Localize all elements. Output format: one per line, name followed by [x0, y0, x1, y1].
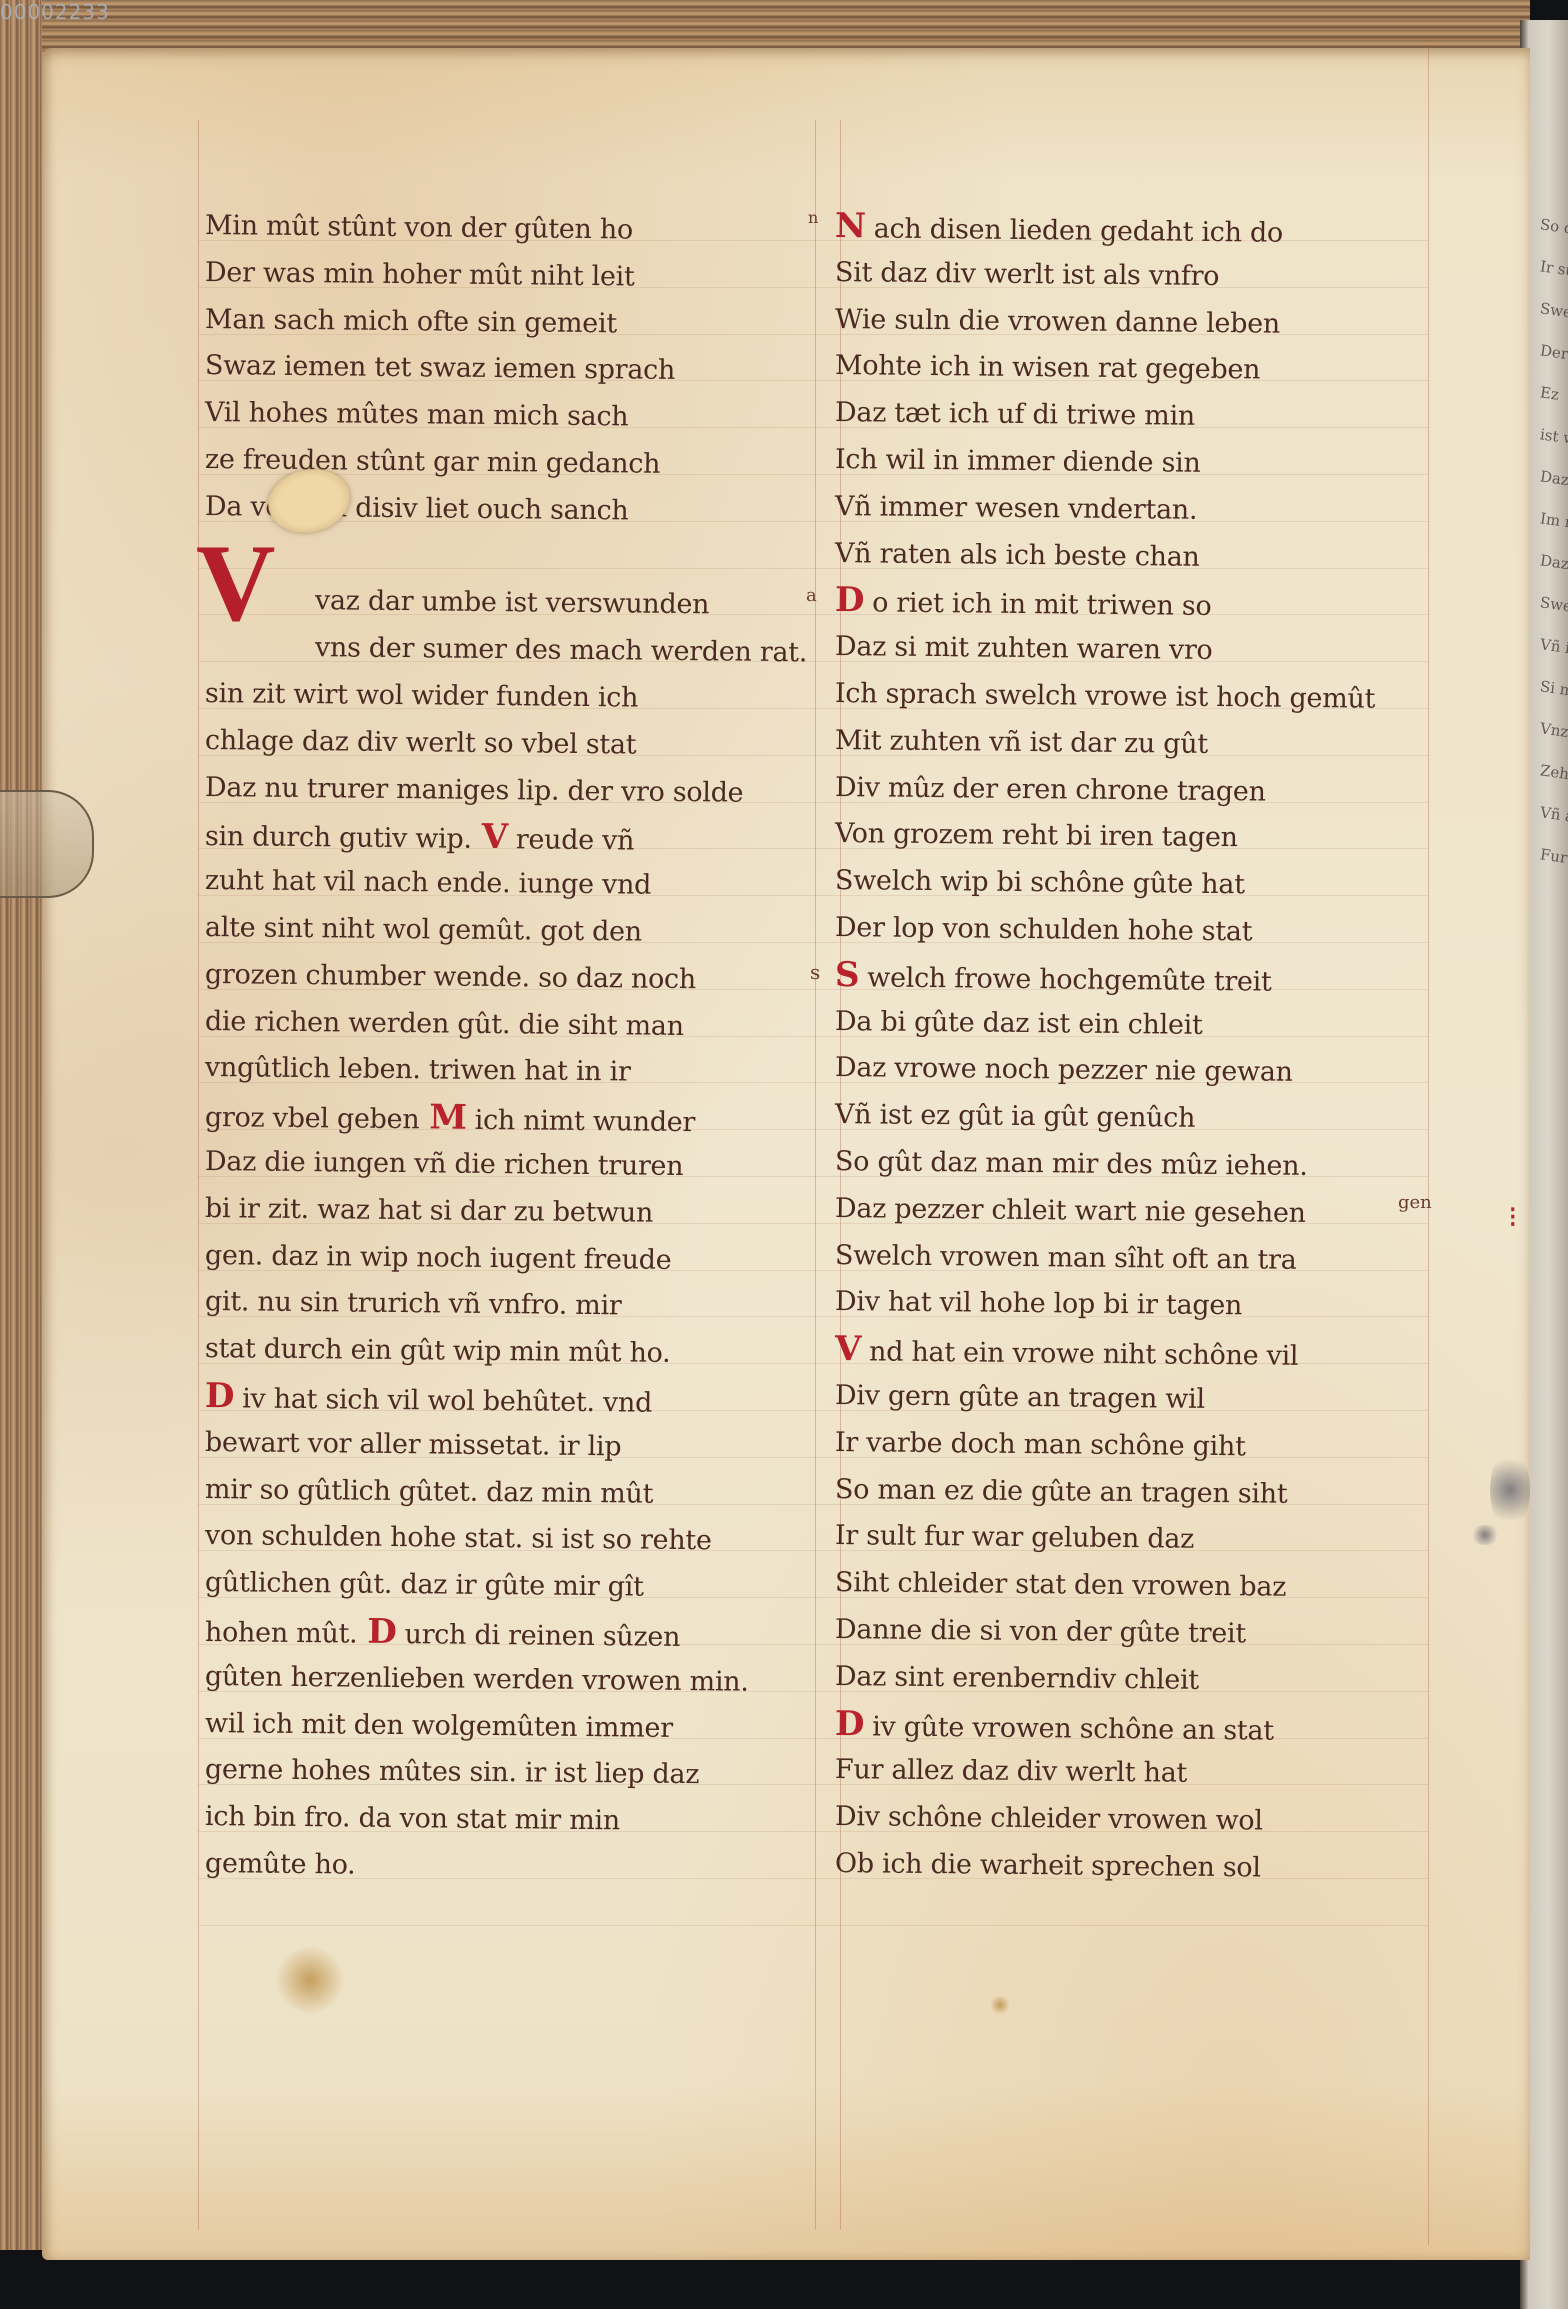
- line-text: welch frowe hochgemûte treit: [867, 962, 1272, 997]
- line-text: Div schône chleider vrowen wol: [835, 1801, 1263, 1836]
- line-text: sin durch gutiv wip.: [205, 821, 472, 855]
- text-line: gûtlichen gût. daz ir gûte mir gît: [205, 1560, 825, 1613]
- line-text: Danne die si von der gûte treit: [835, 1614, 1246, 1649]
- line-text: Man sach mich ofte sin gemeit: [205, 304, 617, 339]
- margin-mark-a: a: [806, 585, 817, 606]
- text-line: Vil hohes mûtes man mich sach: [205, 390, 825, 443]
- line-text: gen. daz in wip noch iugent freude: [205, 1240, 672, 1276]
- line-text: Daz tæt ich uf di triwe min: [835, 397, 1195, 432]
- red-initial: D: [367, 1612, 397, 1652]
- line-text: Da bi gûte daz ist ein chleit: [835, 1006, 1203, 1041]
- line-text: bi ir zit. waz hat si dar zu betwun: [205, 1193, 653, 1229]
- margin-mark-gen: gen: [1398, 1192, 1432, 1213]
- stain: [990, 1995, 1010, 2015]
- text-line: Der lop von schulden hohe stat: [835, 905, 1455, 958]
- line-text: vns der sumer des mach werden rat.: [315, 632, 807, 668]
- line-text: Swelch vrowen man sîht oft an tra: [835, 1240, 1297, 1276]
- line-text: gûtlichen gût. daz ir gûte mir gît: [205, 1567, 644, 1603]
- line-text: zuht hat vil nach ende. iunge vnd: [205, 865, 651, 901]
- line-text: Daz sint erenberndiv chleit: [835, 1661, 1199, 1696]
- line-text: iv hat sich vil wol behûtet. vnd: [242, 1383, 652, 1418]
- line-text: Wie suln die vrowen danne leben: [835, 304, 1280, 340]
- margin-mark-red: ⁝: [1508, 1200, 1518, 1235]
- margin-mark-s: s: [810, 960, 820, 984]
- line-text: Div gern gûte an tragen wil: [835, 1380, 1205, 1415]
- text-line: Swelch vrowen man sîht oft an tra: [835, 1233, 1455, 1286]
- book-left-edge: [0, 0, 42, 2250]
- text-line: Swaz iemen tet swaz iemen sprach: [205, 343, 825, 396]
- stain: [275, 1945, 345, 2015]
- next-page-text: Ez: [1538, 375, 1568, 414]
- line-text: Siht chleider stat den vrowen baz: [835, 1567, 1286, 1603]
- text-line: Mohte ich in wisen rat gegeben: [835, 343, 1455, 396]
- line-text: Daz pezzer chleit wart nie gesehen: [835, 1193, 1306, 1229]
- line-text: groz vbel geben: [205, 1102, 420, 1135]
- line-text: iv gûte vrowen schône an stat: [872, 1711, 1274, 1746]
- red-initial: N: [835, 206, 866, 246]
- line-text: Div mûz der eren chrone tragen: [835, 772, 1266, 808]
- line-text: wil ich mit den wolgemûten immer: [205, 1708, 673, 1744]
- scan-id-label: 00002233: [0, 0, 110, 24]
- text-line: Ir varbe doch man schône giht: [835, 1420, 1455, 1473]
- line-text: Daz nu trurer maniges lip. der vro solde: [205, 772, 744, 809]
- line-text: Ob ich die warheit sprechen sol: [835, 1848, 1261, 1883]
- next-page-text: Der ist: [1538, 333, 1568, 372]
- line-text: stat durch ein gût wip min mût ho.: [205, 1333, 671, 1369]
- text-line: Daz tæt ich uf di triwe min: [835, 390, 1455, 443]
- text-line: Vñ raten als ich beste chan: [835, 531, 1455, 584]
- text-line: Div hat vil hohe lop bi ir tagen: [835, 1279, 1455, 1332]
- text-line: Ir sult fur war geluben daz: [835, 1513, 1455, 1566]
- text-line: Div gern gûte an tragen wil: [835, 1373, 1455, 1426]
- text-line: groz vbel gebenMich nimt wunder: [205, 1092, 825, 1145]
- text-line: sin zit wirt wol wider funden ich: [205, 671, 825, 724]
- text-line: Vñ immer wesen vndertan.: [835, 484, 1455, 537]
- line-text: grozen chumber wende. so daz noch: [205, 959, 696, 995]
- next-page-text: Zehe: [1538, 753, 1568, 792]
- line-text: gûten herzenlieben werden vrowen min.: [205, 1661, 749, 1698]
- text-line: bewart vor aller missetat. ir lip: [205, 1420, 825, 1473]
- line-text: Vñ immer wesen vndertan.: [835, 491, 1198, 526]
- line-text: Mohte ich in wisen rat gegeben: [835, 350, 1261, 385]
- line-text: Vil hohes mûtes man mich sach: [205, 397, 629, 432]
- text-line: bi ir zit. waz hat si dar zu betwun: [205, 1186, 825, 1239]
- line-text: alte sint niht wol gemût. got den: [205, 912, 642, 948]
- red-initial: V: [835, 1329, 862, 1369]
- next-page-text: Daz w: [1538, 459, 1568, 498]
- line-text: Fur allez daz div werlt hat: [835, 1754, 1187, 1789]
- red-initial: D: [205, 1376, 235, 1416]
- text-line: Div schône chleider vrowen wol: [835, 1794, 1455, 1847]
- line-text: So gût daz man mir des mûz iehen.: [835, 1146, 1308, 1182]
- text-line: wil ich mit den wolgemûten immer: [205, 1701, 825, 1754]
- line-text: Vñ raten als ich beste chan: [835, 538, 1200, 573]
- line-text: Der lop von schulden hohe stat: [835, 912, 1253, 947]
- text-line: Min mût stûnt von der gûten ho: [205, 203, 825, 256]
- text-line: hohen mût.Durch di reinen sûzen: [205, 1607, 825, 1660]
- text-line: Ich sprach swelch vrowe ist hoch gemût: [835, 671, 1455, 724]
- text-line: vngûtlich leben. triwen hat in ir: [205, 1045, 825, 1098]
- text-line: Siht chleider stat den vrowen baz: [835, 1560, 1455, 1613]
- text-line: Swelch frowe hochgemûte treit: [835, 952, 1455, 1005]
- text-line: Daz die iungen vñ die richen truren: [205, 1139, 825, 1192]
- line-text: Mit zuhten vñ ist dar zu gût: [835, 725, 1208, 760]
- line-text: Von grozem reht bi iren tagen: [835, 818, 1238, 853]
- line-text: Ir varbe doch man schône giht: [835, 1427, 1246, 1462]
- text-line: git. nu sin trurich vñ vnfro. mir: [205, 1279, 825, 1332]
- line-text: Daz vrowe noch pezzer nie gewan: [835, 1052, 1293, 1088]
- text-line: Vñ ist ez gût ia gût genûch: [835, 1092, 1455, 1145]
- text-line: gen. daz in wip noch iugent freude: [205, 1233, 825, 1286]
- line-text: urch di reinen sûzen: [404, 1619, 680, 1653]
- line-text: Sit daz div werlt ist als vnfro: [835, 257, 1219, 292]
- text-line: Wie suln die vrowen danne leben: [835, 297, 1455, 350]
- line-text: Der was min hoher mût niht leit: [205, 257, 635, 292]
- line-text: gerne hohes mûtes sin. ir ist liep daz: [205, 1754, 700, 1790]
- text-line: Fur allez daz div werlt hat: [835, 1747, 1455, 1800]
- red-initial: M: [429, 1097, 467, 1137]
- next-page-text: Swe: [1538, 585, 1568, 624]
- ruling-left: [198, 120, 199, 2230]
- line-text: von schulden hohe stat. si ist so rehte: [205, 1520, 712, 1556]
- line-text: ze freuden stûnt gar min gedanch: [205, 444, 661, 480]
- text-line: gûten herzenlieben werden vrowen min.: [205, 1654, 825, 1707]
- line-text: Daz si mit zuhten waren vro: [835, 631, 1213, 666]
- next-page-text: Daz w: [1538, 543, 1568, 582]
- ink-blot: [1470, 1525, 1500, 1545]
- right-column: Nach disen lieden gedaht ich doSit daz d…: [835, 203, 1455, 1888]
- text-line: Daz vrowe noch pezzer nie gewan: [835, 1045, 1455, 1098]
- text-line: [205, 531, 825, 584]
- next-page-text: Vñ al: [1538, 795, 1568, 834]
- text-line: Div gûte vrowen schône an stat: [835, 1701, 1455, 1754]
- line-text: vaz dar umbe ist verswunden: [315, 586, 710, 621]
- text-line: mir so gûtlich gûtet. daz min mût: [205, 1467, 825, 1520]
- text-line: die richen werden gût. die siht man: [205, 999, 825, 1052]
- line-text: ich nimt wunder: [475, 1105, 696, 1138]
- line-text: hohen mût.: [205, 1617, 358, 1650]
- text-line: sin durch gutiv wip.Vreude vñ: [205, 811, 825, 864]
- text-line: gerne hohes mûtes sin. ir ist liep daz: [205, 1747, 825, 1800]
- text-line: Der was min hoher mût niht leit: [205, 250, 825, 303]
- text-line: grozen chumber wende. so daz noch: [205, 952, 825, 1005]
- text-line: Mit zuhten vñ ist dar zu gût: [835, 718, 1455, 771]
- next-page-text: Si mu: [1538, 669, 1568, 708]
- text-line: Da bi gûte daz ist ein chleit: [835, 999, 1455, 1052]
- line-text: gemûte ho.: [205, 1848, 356, 1881]
- next-page-text: Im me: [1538, 501, 1568, 540]
- text-line: Daz nu trurer maniges lip. der vro solde: [205, 765, 825, 818]
- text-line: vaz dar umbe ist verswunden: [205, 577, 825, 630]
- line-text: Swaz iemen tet swaz iemen sprach: [205, 350, 675, 386]
- line-text: chlage daz div werlt so vbel stat: [205, 725, 637, 761]
- text-line: Ich wil in immer diende sin: [835, 437, 1455, 490]
- text-line: Vnd hat ein vrowe niht schône vil: [835, 1326, 1455, 1379]
- red-initial: S: [835, 955, 860, 995]
- line-text: vngûtlich leben. triwen hat in ir: [205, 1052, 631, 1087]
- text-line: Man sach mich ofte sin gemeit: [205, 297, 825, 350]
- book-clasp: [0, 790, 94, 898]
- line-text: Daz die iungen vñ die richen truren: [205, 1146, 684, 1182]
- text-line: Daz sint erenberndiv chleit: [835, 1654, 1455, 1707]
- left-column: Min mût stûnt von der gûten hoDer was mi…: [205, 203, 825, 1888]
- next-page-text: Fur w: [1538, 837, 1568, 876]
- next-page-text: ist w: [1538, 417, 1568, 456]
- text-line: Daz si mit zuhten waren vro: [835, 624, 1455, 677]
- text-line: So gût daz man mir des mûz iehen.: [835, 1139, 1455, 1192]
- text-line: alte sint niht wol gemût. got den: [205, 905, 825, 958]
- red-initial: D: [835, 580, 865, 620]
- text-line: chlage daz div werlt so vbel stat: [205, 718, 825, 771]
- line-text: o riet ich in mit triwen so: [872, 588, 1212, 623]
- text-line: Do riet ich in mit triwen so: [835, 577, 1455, 630]
- text-line: Swelch wip bi schône gûte hat: [835, 858, 1455, 911]
- line-text: ach disen lieden gedaht ich do: [874, 213, 1283, 248]
- line-text: bewart vor aller missetat. ir lip: [205, 1427, 622, 1462]
- text-line: ich bin fro. da von stat mir min: [205, 1794, 825, 1847]
- line-text: sin zit wirt wol wider funden ich: [205, 678, 638, 714]
- margin-mark-n: n: [808, 208, 818, 227]
- line-text: Vñ ist ez gût ia gût genûch: [835, 1099, 1195, 1134]
- line-text: Ich wil in immer diende sin: [835, 444, 1201, 479]
- line-text: ich bin fro. da von stat mir min: [205, 1801, 620, 1836]
- text-line: vns der sumer des mach werden rat.: [205, 624, 825, 677]
- ink-blot: [1490, 1450, 1530, 1530]
- text-line: Sit daz div werlt ist als vnfro: [835, 250, 1455, 303]
- text-line: Div mûz der eren chrone tragen: [835, 765, 1455, 818]
- line-text: Min mût stûnt von der gûten ho: [205, 210, 633, 245]
- text-line: von schulden hohe stat. si ist so rehte: [205, 1513, 825, 1566]
- next-page-text: Vñ ist: [1538, 627, 1568, 666]
- next-page-text: Vnz: [1538, 711, 1568, 750]
- text-line: Daz pezzer chleit wart nie gesehen: [835, 1186, 1455, 1239]
- text-line: Danne die si von der gûte treit: [835, 1607, 1455, 1660]
- line-text: git. nu sin trurich vñ vnfro. mir: [205, 1286, 622, 1321]
- line-text: So man ez die gûte an tragen siht: [835, 1474, 1288, 1510]
- text-line: stat durch ein gût wip min mût ho.: [205, 1326, 825, 1379]
- next-page-text: So dest: [1538, 207, 1568, 246]
- next-page-text: Swelh: [1538, 291, 1568, 330]
- text-line: Nach disen lieden gedaht ich do: [835, 203, 1455, 256]
- red-initial: V: [482, 817, 509, 857]
- text-line: So man ez die gûte an tragen siht: [835, 1467, 1455, 1520]
- text-line: zuht hat vil nach ende. iunge vnd: [205, 858, 825, 911]
- text-line: Div hat sich vil wol behûtet. vnd: [205, 1373, 825, 1426]
- text-line: gemûte ho.: [205, 1841, 825, 1894]
- large-red-initial: V: [196, 528, 275, 638]
- line-text: die richen werden gût. die siht man: [205, 1006, 684, 1042]
- line-text: mir so gûtlich gûtet. daz min mût: [205, 1474, 653, 1510]
- red-initial: D: [835, 1704, 865, 1744]
- text-line: Von grozem reht bi iren tagen: [835, 811, 1455, 864]
- line-text: nd hat ein vrowe niht schône vil: [869, 1336, 1299, 1371]
- line-text: Swelch wip bi schône gûte hat: [835, 865, 1245, 900]
- line-text: Ir sult fur war geluben daz: [835, 1520, 1194, 1555]
- line-text: Div hat vil hohe lop bi ir tagen: [835, 1286, 1242, 1321]
- next-page-text: Ir sul: [1538, 249, 1568, 288]
- line-text: reude vñ: [516, 825, 635, 857]
- text-line: Ob ich die warheit sprechen sol: [835, 1841, 1455, 1894]
- line-text: Ich sprach swelch vrowe ist hoch gemût: [835, 678, 1375, 715]
- ruling-line: [198, 1925, 1428, 1926]
